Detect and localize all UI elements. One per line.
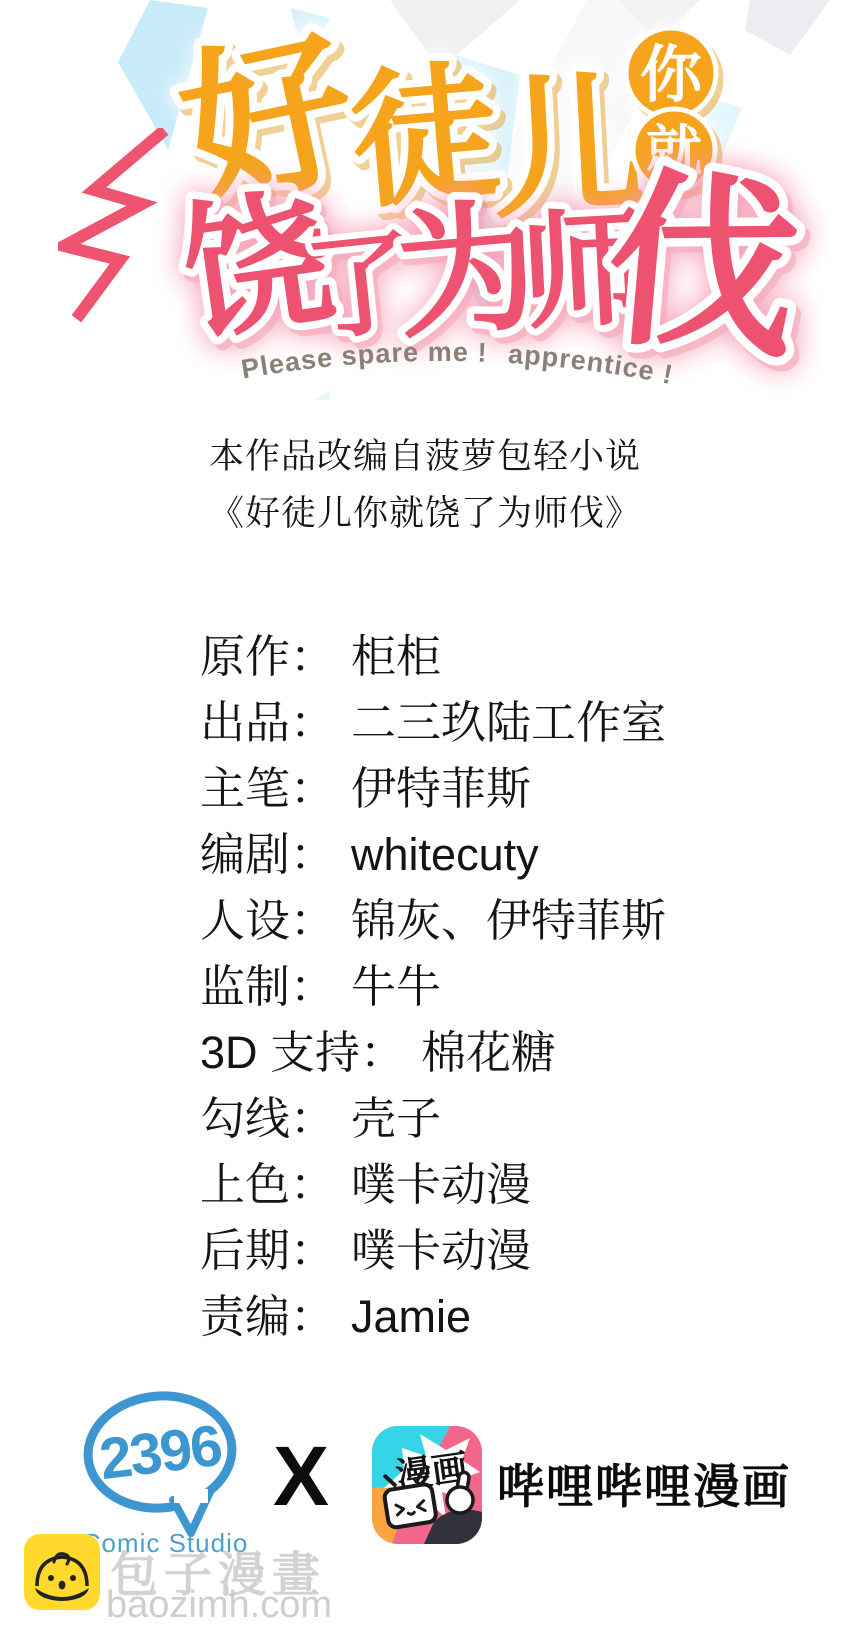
credit-label: 原作：: [200, 631, 335, 682]
studio-2396-logo: 2396: [78, 1390, 253, 1540]
credit-value: Jamie: [351, 1291, 471, 1342]
adaptation-line2: 《好徒儿你就饶了为师伐》: [0, 485, 850, 542]
credit-row-supervisor: 监制：牛牛: [200, 950, 666, 1016]
bun-eye: [70, 1575, 76, 1581]
credit-value: 噗卡动漫: [351, 1225, 531, 1276]
title-logo: 好 徒 儿 你 就 饶 了 为 师 伐 Please spare me ! ap…: [0, 0, 850, 400]
bilibili-manga-app-icon: 漫画: [372, 1426, 482, 1544]
credit-label: 上色：: [200, 1159, 335, 1210]
credit-row-post-production: 后期：噗卡动漫: [200, 1214, 666, 1280]
credit-row-screenwriter: 编剧：whitecuty: [200, 818, 666, 884]
credit-value: 柜柜: [351, 631, 441, 682]
adaptation-notice: 本作品改编自菠萝包轻小说 《好徒儿你就饶了为师伐》: [0, 428, 850, 542]
credit-value: 二三玖陆工作室: [351, 697, 666, 748]
credit-row-3d-support: 3D 支持：棉花糖: [200, 1016, 666, 1082]
credit-value: 壳子: [351, 1093, 441, 1144]
collab-x: X: [273, 1428, 329, 1525]
credit-row-coloring: 上色：噗卡动漫: [200, 1148, 666, 1214]
credit-value: 锦灰、伊特菲斯: [351, 895, 666, 946]
credit-value: 棉花糖: [421, 1027, 556, 1078]
credit-label: 勾线：: [200, 1093, 335, 1144]
credit-row-character-design: 人设：锦灰、伊特菲斯: [200, 884, 666, 950]
bun-eye: [48, 1575, 54, 1581]
credit-value: 噗卡动漫: [351, 1159, 531, 1210]
credit-label: 主笔：: [200, 763, 335, 814]
credit-label: 后期：: [200, 1225, 335, 1276]
badge-char: 你: [640, 41, 704, 110]
credit-label: 监制：: [200, 961, 335, 1012]
credit-row-original-author: 原作：柜柜: [200, 620, 666, 686]
credits-list: 原作：柜柜 出品：二三玖陆工作室 主笔：伊特菲斯 编剧：whitecuty 人设…: [200, 620, 666, 1346]
credit-row-inking: 勾线：壳子: [200, 1082, 666, 1148]
adaptation-line1: 本作品改编自菠萝包轻小说: [0, 428, 850, 485]
bilibili-manga-name: 哔哩哔哩漫画: [497, 1450, 791, 1517]
credit-value: 牛牛: [351, 961, 441, 1012]
credit-row-editor: 责编：Jamie: [200, 1280, 666, 1346]
credit-value: 伊特菲斯: [351, 763, 531, 814]
baozi-icon: [24, 1534, 100, 1610]
bubble-tail-mask: [174, 1489, 208, 1503]
credit-row-lead-artist: 主笔：伊特菲斯: [200, 752, 666, 818]
credit-label: 责编：: [200, 1291, 335, 1342]
credit-label: 出品：: [200, 697, 335, 748]
credit-label: 人设：: [200, 895, 335, 946]
comic-credits-page: 好 徒 儿 你 就 饶 了 为 师 伐 Please spare me ! ap…: [0, 0, 850, 1644]
credit-label: 3D 支持：: [200, 1027, 405, 1078]
watermark-url: baozimh.com: [106, 1584, 332, 1627]
bun-mouth: [59, 1581, 66, 1590]
credit-row-producer: 出品：二三玖陆工作室: [200, 686, 666, 752]
credit-label: 编剧：: [200, 829, 335, 880]
title-char: 伐: [599, 153, 807, 381]
credit-value: whitecuty: [351, 829, 539, 880]
